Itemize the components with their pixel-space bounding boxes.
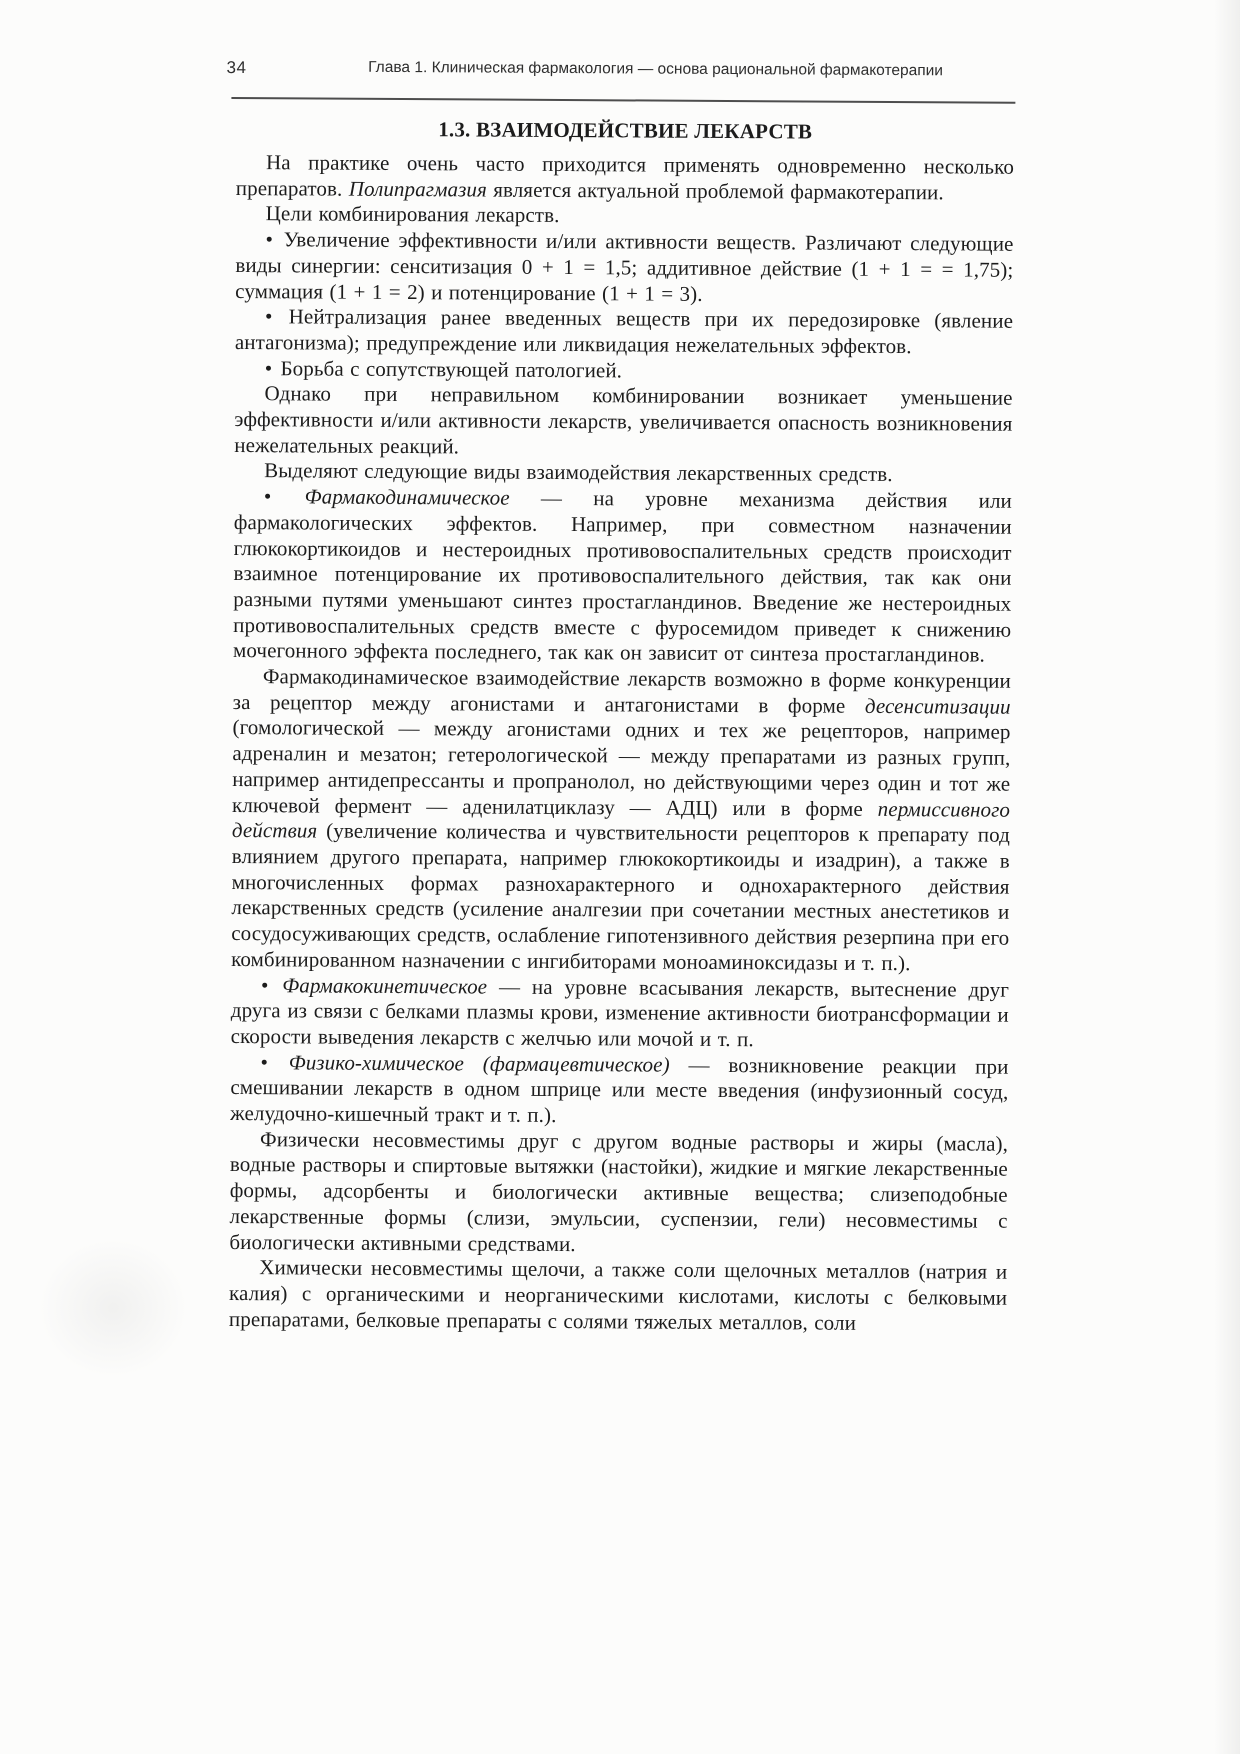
running-title: Глава 1. Клиническая фармакология — осно… bbox=[237, 58, 1015, 81]
section-heading: 1.3. ВЗАИМОДЕЙСТВИЕ ЛЕКАРСТВ bbox=[236, 112, 1014, 149]
bullet-icon: • bbox=[265, 227, 283, 251]
text-run: Физически несовместимы друг с другом вод… bbox=[229, 1127, 1008, 1256]
text-run: — на уровне механизма действия или фарма… bbox=[233, 486, 1012, 667]
bullet-paragraph: • Увеличение эффективности и/или активно… bbox=[235, 227, 1013, 309]
content-blocks: На практике очень часто приходится приме… bbox=[229, 150, 1014, 1337]
bullet-icon: • bbox=[264, 484, 305, 508]
text-run: Химически несовместимы щелочи, а также с… bbox=[229, 1255, 1007, 1334]
page-number: 34 bbox=[227, 58, 247, 78]
text-column: 1.3. ВЗАИМОДЕЙСТВИЕ ЛЕКАРСТВ На практике… bbox=[229, 112, 1014, 1337]
header-rule bbox=[231, 97, 1015, 104]
text-run: Однако при неправильном комбинировании в… bbox=[234, 382, 1012, 459]
text-run: Выделяют следующие виды взаимодействия л… bbox=[264, 459, 893, 487]
bullet-icon: • bbox=[265, 304, 289, 328]
bullet-icon: • bbox=[261, 973, 282, 997]
scan-edge-shadow bbox=[1214, 0, 1240, 1754]
italic-text-run: Полипрагмазия bbox=[349, 176, 487, 201]
page-content: 34 Глава 1. Клиническая фармакология — о… bbox=[0, 0, 1240, 6]
bullet-paragraph: • Нейтрализация ранее введенных веществ … bbox=[235, 304, 1013, 360]
bullet-paragraph: • Фармакокинетическое — на уровне всасыв… bbox=[231, 972, 1009, 1054]
scan-smudge-artifact bbox=[38, 1238, 188, 1378]
scanned-page: 34 Глава 1. Клиническая фармакология — о… bbox=[0, 0, 1240, 1754]
italic-text-run: десенситизации bbox=[865, 694, 1011, 719]
text-run: (увеличение количества и чувствительност… bbox=[231, 819, 1010, 975]
paragraph: Химически несовместимы щелочи, а также с… bbox=[229, 1255, 1007, 1337]
bullet-paragraph: • Фармакодинамическое — на уровне механи… bbox=[233, 484, 1012, 669]
bullet-icon: • bbox=[260, 1050, 288, 1074]
text-run: Увеличение эффективности и/или активност… bbox=[235, 227, 1013, 305]
page-header: 34 Глава 1. Клиническая фармакология — о… bbox=[237, 58, 1015, 81]
paragraph: Фармакодинамическое взаимодействие лекар… bbox=[231, 664, 1011, 977]
paragraph: Физически несовместимы друг с другом вод… bbox=[229, 1127, 1008, 1260]
italic-text-run: Физико-химическое (фармацевтическое) bbox=[289, 1050, 670, 1076]
text-run: является актуальной проблемой фармакотер… bbox=[487, 177, 944, 204]
italic-text-run: Фармакокинетическое bbox=[282, 973, 487, 998]
bullet-paragraph: • Физико-химическое (фармацевтическое) —… bbox=[230, 1050, 1008, 1132]
paragraph: На практике очень часто приходится приме… bbox=[236, 150, 1014, 206]
text-run: Борьба с сопутствующей патологией. bbox=[280, 356, 622, 382]
paragraph: Однако при неправильном комбинировании в… bbox=[234, 381, 1012, 463]
text-run: Цели комбинирования лекарств. bbox=[266, 202, 560, 228]
bullet-icon: • bbox=[265, 356, 281, 380]
text-run: Нейтрализация ранее введенных веществ пр… bbox=[235, 305, 1013, 359]
italic-text-run: Фармакодинамическое bbox=[305, 485, 510, 510]
